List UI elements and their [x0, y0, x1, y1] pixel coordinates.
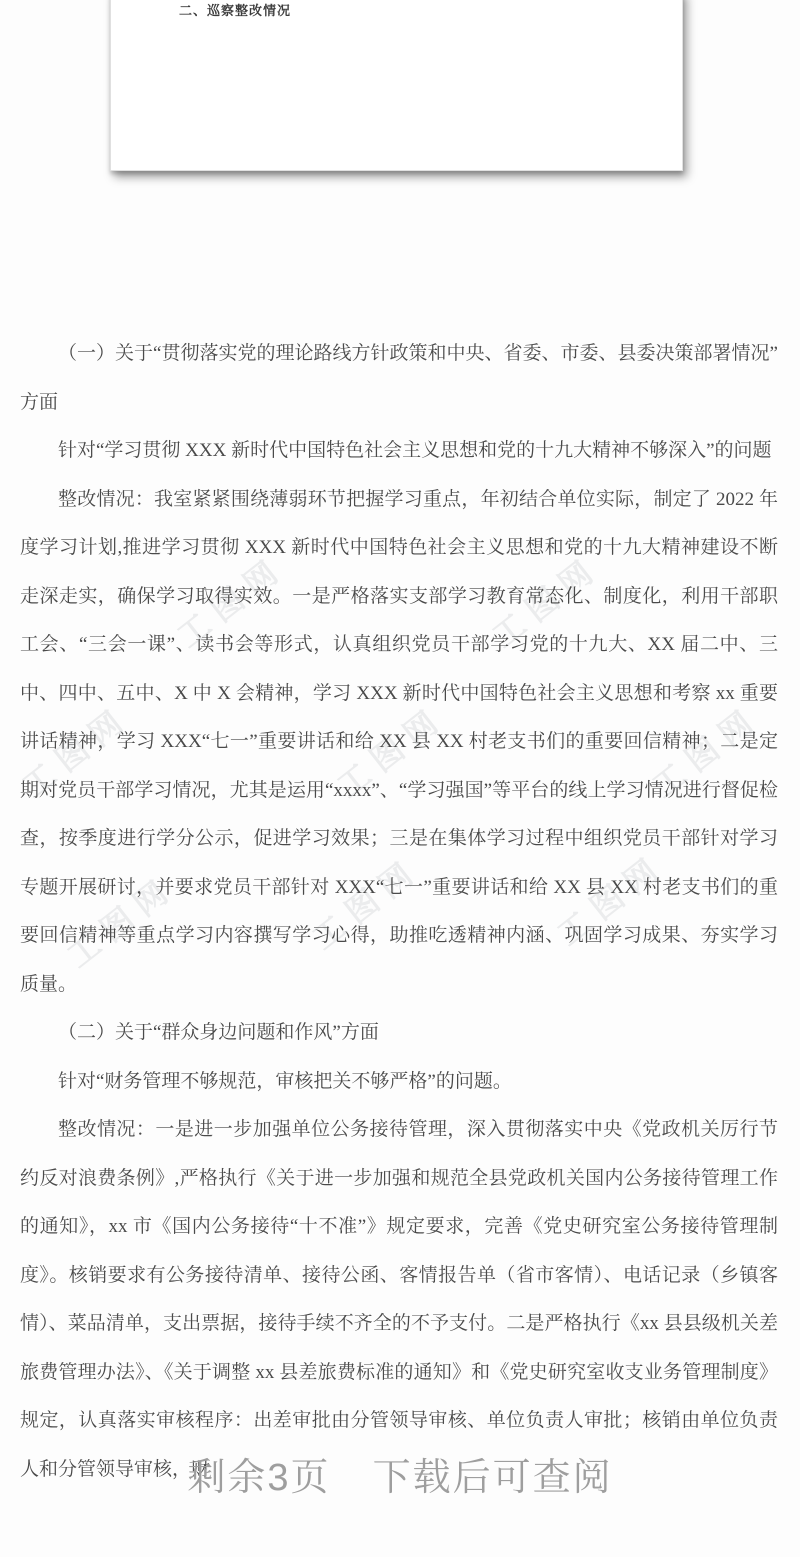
paragraph-section-1-title: （一）关于“贯彻落实党的理论路线方针政策和中央、省委、市委、县委决策部署情况”方… — [20, 330, 778, 427]
paragraph-section-2-title: （二）关于“群众身边问题和作风”方面 — [20, 1009, 778, 1058]
remaining-pages-banner: 剩余3页下载后可查阅 — [0, 1446, 800, 1501]
remaining-pages-text: 剩余3页 — [187, 1457, 330, 1499]
document-preview-current-page: （一）关于“贯彻落实党的理论路线方针政策和中央、省委、市委、县委决策部署情况”方… — [20, 330, 778, 1494]
section-heading: 二、巡察整改情况 — [179, 0, 291, 19]
download-hint-text: 下载后可查阅 — [373, 1457, 613, 1499]
paragraph-problem-1: 针对“学习贯彻 XXX 新时代中国特色社会主义思想和党的十九大精神不够深入”的问… — [20, 427, 778, 476]
document-preview-prev-page: 二、巡察整改情况 — [110, 0, 683, 171]
paragraph-rectification-2: 整改情况：一是进一步加强单位公务接待管理，深入贯彻落实中央《党政机关厉行节约反对… — [20, 1106, 778, 1494]
paragraph-problem-2: 针对“财务管理不够规范，审核把关不够严格”的问题。 — [20, 1058, 778, 1107]
paragraph-rectification-1: 整改情况：我室紧紧围绕薄弱环节把握学习重点，年初结合单位实际，制定了 2022 … — [20, 476, 778, 1010]
